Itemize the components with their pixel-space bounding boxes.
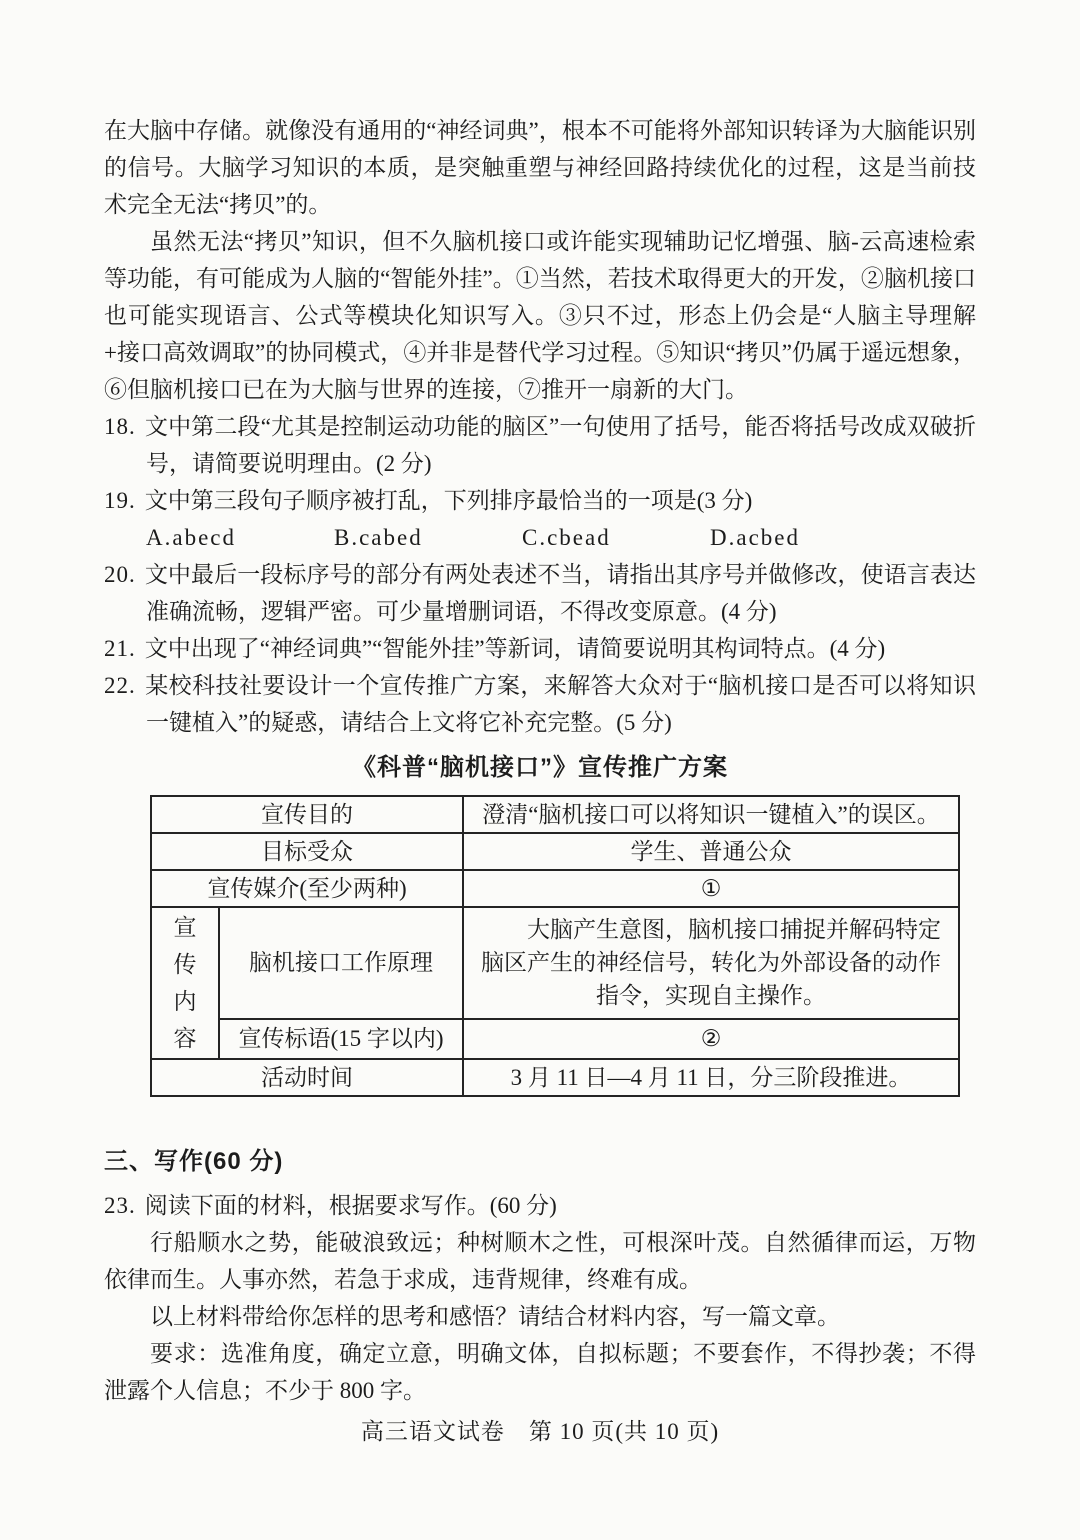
row-value-audience: 学生、普通公众	[463, 833, 959, 870]
question-18: 18.文中第二段“尤其是控制运动功能的脑区”一句使用了括号，能否将括号改成双破折…	[104, 408, 976, 482]
page-content: 在大脑中存储。就像没有通用的“神经词典”，根本不可能将外部知识转译为大脑能识别的…	[104, 112, 976, 1450]
question-20-number: 20.	[104, 562, 136, 587]
question-18-number: 18.	[104, 414, 136, 439]
row-label-principle: 脑机接口工作原理	[219, 907, 463, 1019]
row-label-slogan: 宣传标语(15 字以内)	[219, 1019, 463, 1059]
option-c: C.cbead	[522, 519, 710, 556]
question-21-number: 21.	[104, 636, 136, 661]
passage-paragraph-1: 在大脑中存储。就像没有通用的“神经词典”，根本不可能将外部知识转译为大脑能识别的…	[104, 112, 976, 223]
option-b: B.cabed	[334, 519, 522, 556]
row-value-slogan-blank-2: ②	[463, 1019, 959, 1059]
row-label-schedule: 活动时间	[151, 1059, 463, 1096]
row-value-principle: 大脑产生意图，脑机接口捕捉并解码特定脑区产生的神经信号，转化为外部设备的动作指令…	[463, 907, 959, 1019]
question-21-text: 文中出现了“神经词典”“智能外挂”等新词，请简要说明其构词特点。(4 分)	[145, 636, 885, 661]
question-22-number: 22.	[104, 673, 136, 698]
option-a: A.abecd	[146, 519, 334, 556]
question-23-text: 阅读下面的材料，根据要求写作。(60 分)	[145, 1193, 557, 1218]
question-22-text: 某校科技社要设计一个宣传推广方案，来解答大众对于“脑机接口是否可以将知识一键植入…	[145, 673, 976, 735]
vertical-label-text: 宣传内容	[173, 909, 198, 1057]
question-23-number: 23.	[104, 1193, 136, 1218]
essay-material: 行船顺水之势，能破浪致远；种树顺木之性，可根深叶茂。自然循律而运，万物依律而生。…	[104, 1224, 976, 1298]
question-20-text: 文中最后一段标序号的部分有两处表述不当，请指出其序号并做修改，使语言表达准确流畅…	[145, 562, 976, 624]
question-23: 23.阅读下面的材料，根据要求写作。(60 分)	[104, 1187, 976, 1224]
question-19-text: 文中第三段句子顺序被打乱，下列排序最恰当的一项是(3 分)	[145, 488, 753, 513]
table-row: 目标受众 学生、普通公众	[151, 833, 959, 870]
writing-section-heading: 三、写作(60 分)	[104, 1143, 976, 1181]
table-row: 宣传标语(15 字以内) ②	[151, 1019, 959, 1059]
question-18-text: 文中第二段“尤其是控制运动功能的脑区”一句使用了括号，能否将括号改成双破折号，请…	[145, 414, 976, 476]
question-22: 22.某校科技社要设计一个宣传推广方案，来解答大众对于“脑机接口是否可以将知识一…	[104, 667, 976, 741]
table-row: 活动时间 3 月 11 日—4 月 11 日，分三阶段推进。	[151, 1059, 959, 1096]
question-20: 20.文中最后一段标序号的部分有两处表述不当，请指出其序号并做修改，使语言表达准…	[104, 556, 976, 630]
page-footer: 高三语文试卷 第 10 页(共 10 页)	[104, 1413, 976, 1450]
table-row: 宣传目的 澄清“脑机接口可以将知识一键植入”的误区。	[151, 796, 959, 833]
exam-page: 在大脑中存储。就像没有通用的“神经词典”，根本不可能将外部知识转译为大脑能识别的…	[0, 0, 1080, 1540]
table-row: 宣传媒介(至少两种) ①	[151, 870, 959, 907]
essay-requirements: 要求：选准角度，确定立意，明确文体，自拟标题；不要套作，不得抄袭；不得泄露个人信…	[104, 1335, 976, 1409]
merged-cell-content-label: 宣传内容	[151, 907, 219, 1059]
essay-prompt: 以上材料带给你怎样的思考和感悟？请结合材料内容，写一篇文章。	[104, 1298, 976, 1335]
table-row: 宣传内容 脑机接口工作原理 大脑产生意图，脑机接口捕捉并解码特定脑区产生的神经信…	[151, 907, 959, 1019]
question-19: 19.文中第三段句子顺序被打乱，下列排序最恰当的一项是(3 分)	[104, 482, 976, 519]
row-label-purpose: 宣传目的	[151, 796, 463, 833]
row-value-schedule: 3 月 11 日—4 月 11 日，分三阶段推进。	[463, 1059, 959, 1096]
question-19-options: A.abecd B.cabed C.cbead D.acbed	[104, 519, 976, 556]
question-19-number: 19.	[104, 488, 136, 513]
promotion-plan-table: 宣传目的 澄清“脑机接口可以将知识一键植入”的误区。 目标受众 学生、普通公众 …	[150, 795, 960, 1097]
passage-paragraph-2: 虽然无法“拷贝”知识，但不久脑机接口或许能实现辅助记忆增强、脑-云高速检索等功能…	[104, 223, 976, 408]
option-d: D.acbed	[710, 519, 800, 556]
question-21: 21.文中出现了“神经词典”“智能外挂”等新词，请简要说明其构词特点。(4 分)	[104, 630, 976, 667]
row-value-media-blank-1: ①	[463, 870, 959, 907]
row-label-audience: 目标受众	[151, 833, 463, 870]
row-label-media: 宣传媒介(至少两种)	[151, 870, 463, 907]
row-value-purpose: 澄清“脑机接口可以将知识一键植入”的误区。	[463, 796, 959, 833]
plan-table-title: 《科普“脑机接口”》宣传推广方案	[104, 749, 976, 787]
